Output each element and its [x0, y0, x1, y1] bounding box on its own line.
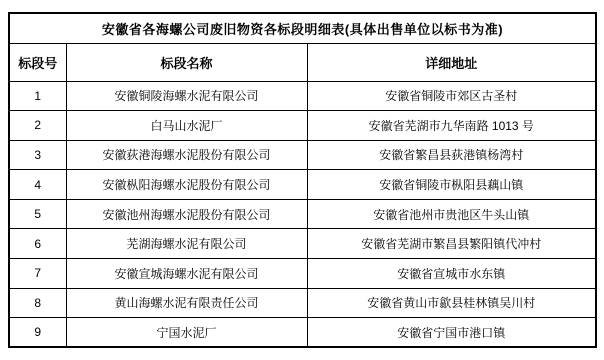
- section-number-cell: 7: [9, 259, 66, 289]
- section-number-cell: 3: [9, 140, 66, 170]
- table-row: 2 白马山水泥厂 安徽省芜湖市九华南路 1013 号: [9, 111, 596, 141]
- page: 安徽省各海螺公司废旧物资各标段明细表(具体出售单位以标书为准) 标段号 标段名称…: [0, 0, 604, 360]
- section-address-cell: 安徽省芜湖市繁昌县繁阳镇代冲村: [307, 229, 596, 259]
- section-name-cell: 安徽荻港海螺水泥股份有限公司: [66, 140, 307, 170]
- section-address-cell: 安徽省宁国市港口镇: [307, 318, 596, 348]
- column-header-address: 详细地址: [307, 43, 596, 81]
- section-number-cell: 4: [9, 170, 66, 200]
- section-number-cell: 2: [9, 111, 66, 141]
- column-header-section-no: 标段号: [9, 43, 66, 81]
- section-name-cell: 芜湖海螺水泥有限公司: [66, 229, 307, 259]
- table-title-row: 安徽省各海螺公司废旧物资各标段明细表(具体出售单位以标书为准): [9, 13, 596, 43]
- table-header-row: 标段号 标段名称 详细地址: [9, 43, 596, 81]
- column-header-section-name: 标段名称: [66, 43, 307, 81]
- table-row: 4 安徽枞阳海螺水泥股份有限公司 安徽省铜陵市枞阳县藕山镇: [9, 170, 596, 200]
- table-row: 6 芜湖海螺水泥有限公司 安徽省芜湖市繁昌县繁阳镇代冲村: [9, 229, 596, 259]
- section-name-cell: 宁国水泥厂: [66, 318, 307, 348]
- section-address-cell: 安徽省繁昌县荻港镇杨湾村: [307, 140, 596, 170]
- section-address-cell: 安徽省池州市贵池区牛头山镇: [307, 199, 596, 229]
- section-name-cell: 安徽池州海螺水泥股份有限公司: [66, 199, 307, 229]
- table-row: 8 黄山海螺水泥有限责任公司 安徽省黄山市歙县桂林镇吴川村: [9, 288, 596, 318]
- section-name-cell: 安徽枞阳海螺水泥股份有限公司: [66, 170, 307, 200]
- section-number-cell: 1: [9, 81, 66, 111]
- table-title: 安徽省各海螺公司废旧物资各标段明细表(具体出售单位以标书为准): [9, 13, 596, 43]
- section-address-cell: 安徽省铜陵市郊区古圣村: [307, 81, 596, 111]
- section-address-cell: 安徽省铜陵市枞阳县藕山镇: [307, 170, 596, 200]
- section-number-cell: 8: [9, 288, 66, 318]
- section-address-cell: 安徽省黄山市歙县桂林镇吴川村: [307, 288, 596, 318]
- section-address-cell: 安徽省宣城市水东镇: [307, 259, 596, 289]
- section-number-cell: 9: [9, 318, 66, 348]
- table-row: 3 安徽荻港海螺水泥股份有限公司 安徽省繁昌县荻港镇杨湾村: [9, 140, 596, 170]
- table-body: 1 安徽铜陵海螺水泥有限公司 安徽省铜陵市郊区古圣村 2 白马山水泥厂 安徽省芜…: [9, 81, 596, 347]
- table-row: 5 安徽池州海螺水泥股份有限公司 安徽省池州市贵池区牛头山镇: [9, 199, 596, 229]
- section-number-cell: 5: [9, 199, 66, 229]
- section-number-cell: 6: [9, 229, 66, 259]
- section-name-cell: 白马山水泥厂: [66, 111, 307, 141]
- section-name-cell: 安徽铜陵海螺水泥有限公司: [66, 81, 307, 111]
- table-row: 7 安徽宣城海螺水泥有限公司 安徽省宣城市水东镇: [9, 259, 596, 289]
- section-name-cell: 安徽宣城海螺水泥有限公司: [66, 259, 307, 289]
- table-row: 1 安徽铜陵海螺水泥有限公司 安徽省铜陵市郊区古圣村: [9, 81, 596, 111]
- section-address-cell: 安徽省芜湖市九华南路 1013 号: [307, 111, 596, 141]
- section-name-cell: 黄山海螺水泥有限责任公司: [66, 288, 307, 318]
- bid-sections-table: 安徽省各海螺公司废旧物资各标段明细表(具体出售单位以标书为准) 标段号 标段名称…: [8, 12, 597, 348]
- table-row: 9 宁国水泥厂 安徽省宁国市港口镇: [9, 318, 596, 348]
